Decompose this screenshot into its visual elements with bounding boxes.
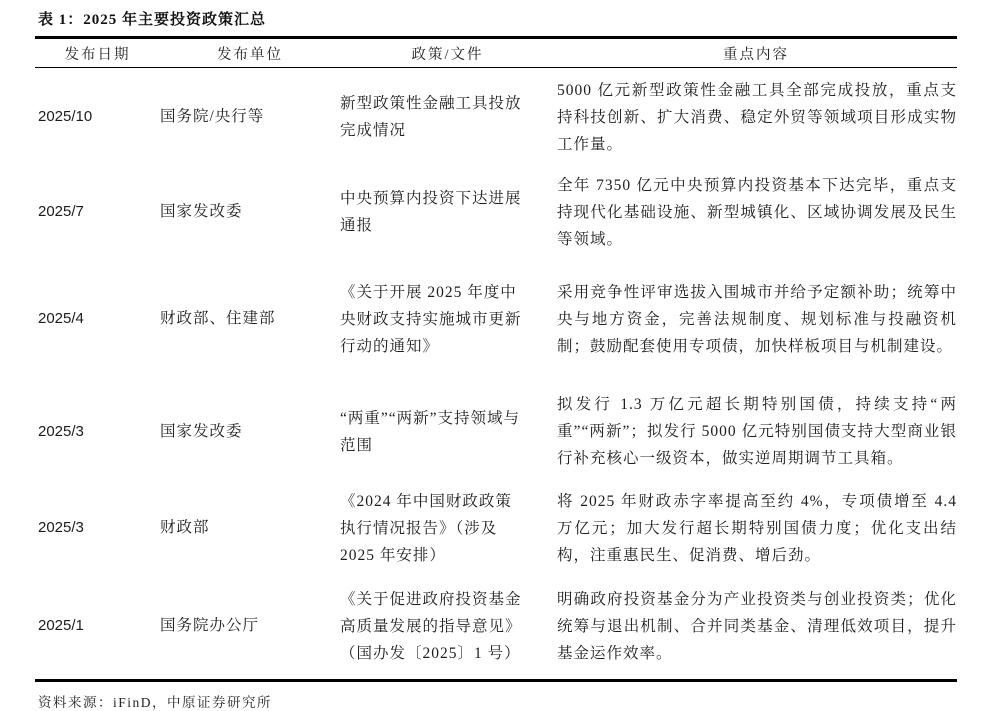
report-table-page: 表 1：2025 年主要投资政策汇总 发布日期 发布单位 政策/文件 重点内容 … — [0, 0, 990, 711]
header-policy: 政策/文件 — [340, 38, 555, 68]
cell-content: 5000 亿元新型政策性金融工具全部完成投放，重点支持科技创新、扩大消费、稳定外… — [555, 68, 957, 167]
cell-unit: 国务院办公厅 — [160, 574, 340, 681]
cell-content: 采用竞争性评审选拔入围城市并给予定额补助；统筹中央与地方资金，完善法规制度、规划… — [555, 258, 957, 381]
header-date: 发布日期 — [35, 38, 160, 68]
cell-date: 2025/7 — [35, 167, 160, 258]
data-source-note: 资料来源：iFinD，中原证券研究所 — [35, 691, 957, 711]
cell-policy: 中央预算内投资下达进展通报 — [340, 167, 555, 258]
header-unit: 发布单位 — [160, 38, 340, 68]
table-row: 2025/7 国家发改委 中央预算内投资下达进展通报 全年 7350 亿元中央预… — [35, 167, 957, 258]
cell-content: 将 2025 年财政赤字率提高至约 4%，专项债增至 4.4 万亿元；加大发行超… — [555, 483, 957, 574]
cell-unit: 国家发改委 — [160, 381, 340, 483]
table-body: 2025/10 国务院/央行等 新型政策性金融工具投放完成情况 5000 亿元新… — [35, 68, 957, 681]
cell-date: 2025/1 — [35, 574, 160, 681]
header-content: 重点内容 — [555, 38, 957, 68]
table-row: 2025/10 国务院/央行等 新型政策性金融工具投放完成情况 5000 亿元新… — [35, 68, 957, 167]
cell-content: 拟发行 1.3 万亿元超长期特别国债，持续支持“两重”“两新”；拟发行 5000… — [555, 381, 957, 483]
cell-unit: 国务院/央行等 — [160, 68, 340, 167]
cell-unit: 国家发改委 — [160, 167, 340, 258]
cell-policy: 新型政策性金融工具投放完成情况 — [340, 68, 555, 167]
cell-date: 2025/3 — [35, 381, 160, 483]
table-header: 发布日期 发布单位 政策/文件 重点内容 — [35, 38, 957, 68]
cell-content: 明确政府投资基金分为产业投资类与创业投资类；优化统筹与退出机制、合并同类基金、清… — [555, 574, 957, 681]
cell-content: 全年 7350 亿元中央预算内投资基本下达完毕，重点支持现代化基础设施、新型城镇… — [555, 167, 957, 258]
cell-policy: “两重”“两新”支持领域与范围 — [340, 381, 555, 483]
policy-summary-table: 发布日期 发布单位 政策/文件 重点内容 2025/10 国务院/央行等 新型政… — [35, 36, 957, 682]
cell-policy: 《关于开展 2025 年度中央财政支持实施城市更新行动的通知》 — [340, 258, 555, 381]
table-row: 2025/4 财政部、住建部 《关于开展 2025 年度中央财政支持实施城市更新… — [35, 258, 957, 381]
table-title: 表 1：2025 年主要投资政策汇总 — [35, 8, 957, 29]
cell-date: 2025/10 — [35, 68, 160, 167]
header-row: 发布日期 发布单位 政策/文件 重点内容 — [35, 38, 957, 68]
cell-policy: 《2024 年中国财政政策执行情况报告》（涉及 2025 年安排） — [340, 483, 555, 574]
cell-policy: 《关于促进政府投资基金高质量发展的指导意见》（国办发〔2025〕1 号） — [340, 574, 555, 681]
cell-unit: 财政部、住建部 — [160, 258, 340, 381]
table-row: 2025/1 国务院办公厅 《关于促进政府投资基金高质量发展的指导意见》（国办发… — [35, 574, 957, 681]
table-row: 2025/3 财政部 《2024 年中国财政政策执行情况报告》（涉及 2025 … — [35, 483, 957, 574]
cell-unit: 财政部 — [160, 483, 340, 574]
table-row: 2025/3 国家发改委 “两重”“两新”支持领域与范围 拟发行 1.3 万亿元… — [35, 381, 957, 483]
cell-date: 2025/3 — [35, 483, 160, 574]
cell-date: 2025/4 — [35, 258, 160, 381]
